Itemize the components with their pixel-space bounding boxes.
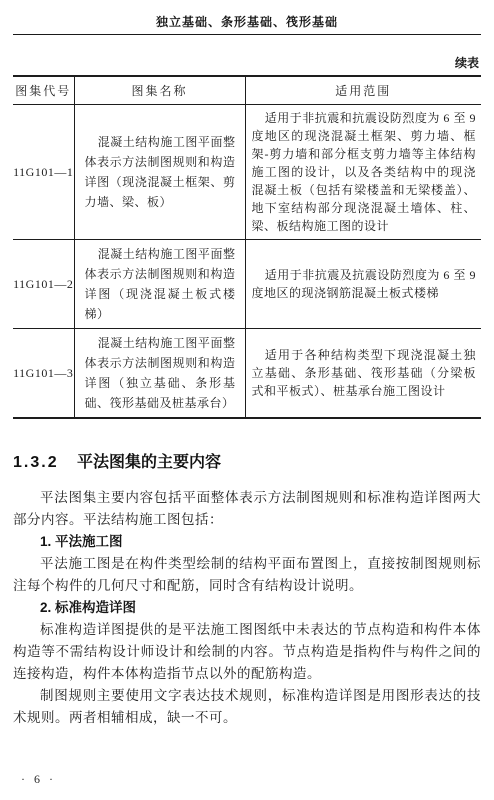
paragraph: 平法图集主要内容包括平面整体表示方法制图规则和标准构造详图两大部分内容。平法结构… — [13, 487, 481, 531]
subheading: 2. 标准构造详图 — [13, 597, 481, 619]
paragraph: 标准构造详图提供的是平法施工图图纸中未表达的节点构造和构件本体构造等不需结构设计… — [13, 619, 481, 685]
section-number: 1.3.2 — [13, 454, 59, 471]
atlas-name: 混凝土结构施工图平面整体表示方法制图规则和构造详图（现浇混凝土板式楼梯） — [74, 240, 245, 329]
page-number: · 6 · — [21, 772, 56, 787]
paragraph: 制图规则主要使用文字表达技术规则，标准构造详图是用图形表达的技术规则。两者相辅相… — [13, 685, 481, 729]
table-header-code: 图集代号 — [13, 76, 74, 105]
atlas-scope: 适用于非抗震和抗震设防烈度为 6 至 9 度地区的现浇混凝土框架、剪力墙、框架-… — [245, 105, 481, 240]
header-rule — [13, 34, 481, 35]
paragraph: 平法施工图是在构件类型绘制的结构平面布置图上，直接按制图规则标注每个构件的几何尺… — [13, 553, 481, 597]
atlas-code: 11G101—2 — [13, 240, 74, 329]
table-row: 11G101—2 混凝土结构施工图平面整体表示方法制图规则和构造详图（现浇混凝土… — [13, 240, 481, 329]
atlas-scope: 适用于非抗震及抗震设防烈度为 6 至 9 度地区的现浇钢筋混凝土板式楼梯 — [245, 240, 481, 329]
atlas-scope: 适用于各种结构类型下现浇混凝土独立基础、条形基础、筏形基础（分梁板式和平板式）、… — [245, 329, 481, 419]
atlas-code: 11G101—1 — [13, 105, 74, 240]
atlas-table: 图集代号 图集名称 适用范围 11G101—1 混凝土结构施工图平面整体表示方法… — [13, 75, 481, 419]
table-row: 11G101—1 混凝土结构施工图平面整体表示方法制图规则和构造详图（现浇混凝土… — [13, 105, 481, 240]
table-header-row: 图集代号 图集名称 适用范围 — [13, 76, 481, 105]
document-page: 独立基础、条形基础、筏形基础 续表 图集代号 图集名称 适用范围 11G101—… — [0, 0, 494, 800]
table-header-scope: 适用范围 — [245, 76, 481, 105]
running-head: 独立基础、条形基础、筏形基础 — [0, 0, 494, 30]
atlas-code: 11G101—3 — [13, 329, 74, 419]
table-header-name: 图集名称 — [74, 76, 245, 105]
section-title: 平法图集的主要内容 — [77, 454, 221, 471]
subheading: 1. 平法施工图 — [13, 531, 481, 553]
section-heading: 1.3.2 平法图集的主要内容 — [13, 449, 481, 472]
table-row: 11G101—3 混凝土结构施工图平面整体表示方法制图规则和构造详图（独立基础、… — [13, 329, 481, 419]
atlas-name: 混凝土结构施工图平面整体表示方法制图规则和构造详图（现浇混凝土框架、剪力墙、梁、… — [74, 105, 245, 240]
table-continued-label: 续表 — [13, 54, 479, 71]
atlas-name: 混凝土结构施工图平面整体表示方法制图规则和构造详图（独立基础、条形基础、筏形基础… — [74, 329, 245, 419]
